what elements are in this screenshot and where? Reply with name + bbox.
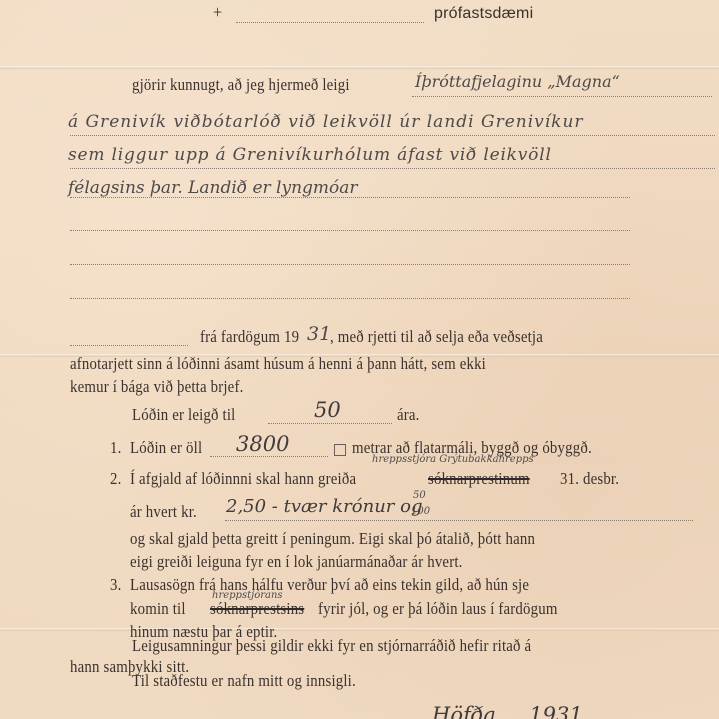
place-date-handwritten: Höfða ... 1931 (432, 703, 583, 719)
area-handwritten: 3800 (236, 432, 289, 456)
clause-2-pre: Í afgjald af lóðinnni skal hann greiða (130, 469, 356, 489)
term-line-1-post: , með rjetti til að selja eða veðsetja (330, 327, 543, 347)
clause-2-post: 31. desbr. (560, 469, 619, 489)
lessee-name-handwritten: Íþróttafjelaginu „Magna“ (415, 72, 620, 91)
clause-3-line-2-post: fyrir jól, og er þá lóðin laus í fardögu… (318, 599, 558, 619)
closing-line-1: Leigusamningur þessi gildir ekki fyr en … (132, 636, 531, 656)
deanery-label: prófastsdæmi (434, 5, 533, 23)
fraction-denominator: 100 (411, 506, 430, 517)
term-start-blank (70, 345, 188, 346)
clause-3-line-1: Lausasögn frá hans hálfu verður því að e… (130, 575, 529, 595)
clause-2-line-3: og skal gjald þetta greitt í peningum. E… (130, 529, 535, 549)
deanery-blank-line (236, 22, 424, 23)
blank-rule-6 (70, 298, 630, 299)
clause-3-number: 3. (110, 575, 122, 595)
clause-1-number: 1. (110, 438, 122, 458)
lease-duration-post: ára. (397, 405, 420, 425)
description-rule-1 (70, 135, 715, 136)
square-symbol (334, 444, 346, 456)
intro-text: gjörir kunnugt, að jeg hjermeð leigi (132, 75, 350, 95)
fraction-numerator: 50 (413, 490, 426, 501)
paper-fold (0, 66, 719, 69)
header-mark: + (213, 2, 222, 23)
year-handwritten: 31 (307, 323, 331, 345)
clause-2-amount-pre: ár hvert kr. (130, 502, 197, 522)
closing-line-3: Til staðfestu er nafn mitt og innsigli. (132, 671, 356, 691)
clause-1-pre: Lóðin er öll (130, 438, 202, 458)
lease-duration-pre: Lóðin er leigð til (132, 405, 235, 425)
blank-rule-5 (70, 264, 630, 265)
description-rule-2 (70, 168, 715, 169)
lessee-line (412, 96, 712, 97)
lease-duration-line (268, 423, 392, 424)
clause-2-number: 2. (110, 469, 122, 489)
clause-2-line-4: eigi greiði leiguna fyr en í lok janúarm… (130, 552, 463, 572)
description-line-2: sem liggur upp á Grenivíkurhólum áfast v… (68, 145, 552, 165)
clause-2-insert-handwritten: hreppsstjóra Grýtubakkahrepps (372, 454, 534, 465)
clause-3-struck-word: sóknarprestsins (210, 599, 304, 619)
description-line-1: á Grenivík viðbótarlóð við leikvöll úr l… (68, 112, 584, 132)
clause-3-line-2-pre: komin til (130, 599, 186, 619)
description-line-3: félagsins þar. Landið er lyngmóar (68, 178, 358, 198)
term-line-1-pre: frá fardögum 19 (200, 327, 299, 347)
blank-rule-4 (70, 230, 630, 231)
term-line-3: kemur í bága við þetta brjef. (70, 377, 243, 397)
term-line-2: afnotarjett sinn á lóðinni ásamt húsum á… (70, 354, 486, 374)
area-line (210, 456, 328, 457)
amount-line (225, 520, 693, 521)
amount-handwritten: 2,50 - tvær krónur og (226, 496, 422, 517)
description-rule-3 (70, 197, 630, 198)
paper-fold (0, 628, 719, 631)
clause-2-struck-word: sóknarprestinum (428, 469, 530, 489)
lease-years-handwritten: 50 (314, 398, 341, 422)
